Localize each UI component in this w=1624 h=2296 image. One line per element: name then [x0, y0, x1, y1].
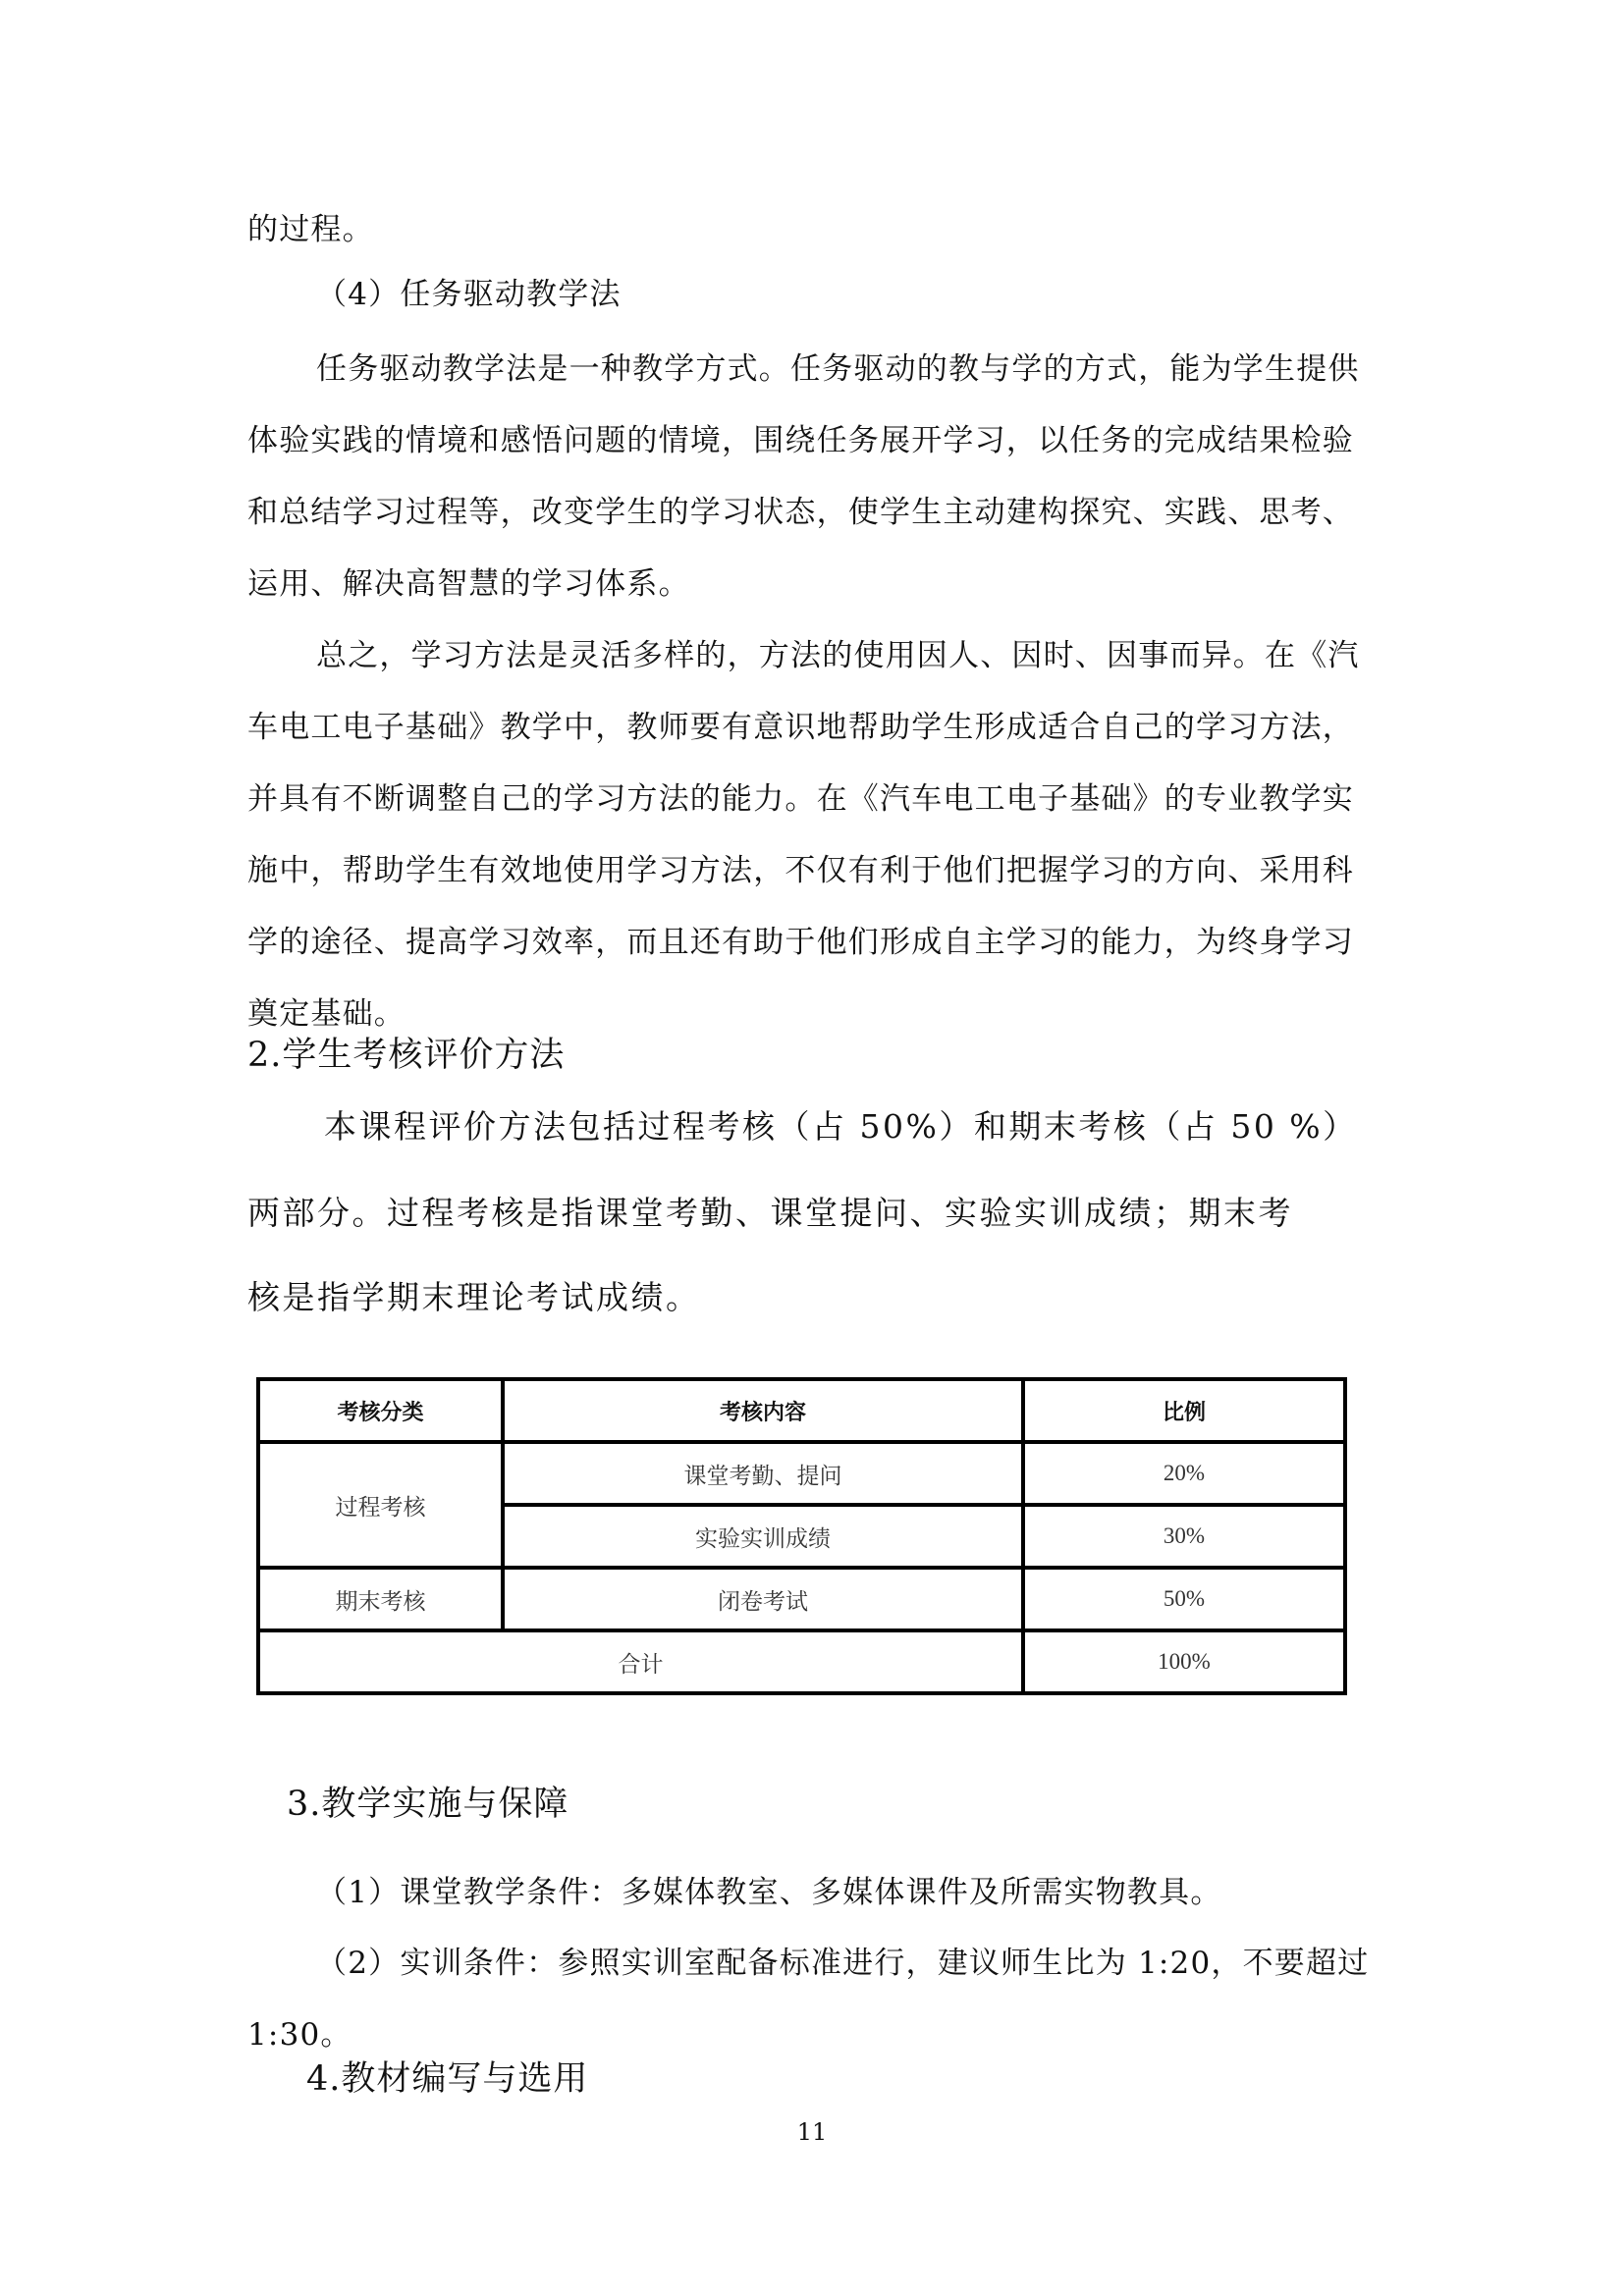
cell-ratio: 30%: [1023, 1505, 1345, 1568]
cell-category: 过程考核: [258, 1442, 503, 1568]
paragraph-line: 两部分。过程考核是指课堂考勤、课堂提问、实验实训成绩；期末考: [247, 1194, 1293, 1233]
table-header-row: 考核分类 考核内容 比例: [258, 1379, 1345, 1442]
paragraph-line: 本课程评价方法包括过程考核（占 50%）和期末考核（占 50 %）: [324, 1107, 1358, 1147]
cell-total-label: 合计: [258, 1630, 1023, 1693]
list-item: （1）课堂教学条件：多媒体教室、多媒体课件及所需实物教具。: [316, 1873, 1222, 1912]
table-row: 过程考核 课堂考勤、提问 20%: [258, 1442, 1345, 1505]
paragraph-line: 运用、解决高智慧的学习体系。: [247, 564, 690, 604]
paragraph-line: 总之，学习方法是灵活多样的，方法的使用因人、因时、因事而异。在《汽: [316, 636, 1360, 675]
cell-category: 期末考核: [258, 1568, 503, 1630]
paragraph-line: 车电工电子基础》教学中，教师要有意识地帮助学生形成适合自己的学习方法，: [247, 708, 1354, 747]
paragraph-line: 体验实践的情境和感悟问题的情境，围绕任务展开学习，以任务的完成结果检验: [247, 421, 1354, 460]
header-ratio: 比例: [1023, 1379, 1345, 1442]
table-total-row: 合计 100%: [258, 1630, 1345, 1693]
paragraph-line: 施中，帮助学生有效地使用学习方法，不仅有利于他们把握学习的方向、采用科: [247, 851, 1354, 890]
paragraph-line: 和总结学习过程等，改变学生的学习状态，使学生主动建构探究、实践、思考、: [247, 493, 1354, 532]
cell-content: 闭卷考试: [503, 1568, 1023, 1630]
table-row: 期末考核 闭卷考试 50%: [258, 1568, 1345, 1630]
cell-ratio: 50%: [1023, 1568, 1345, 1630]
section-heading-assessment: 2.学生考核评价方法: [247, 1036, 565, 1075]
list-item-continuation: 1:30。: [247, 2015, 352, 2055]
cell-total-ratio: 100%: [1023, 1630, 1345, 1693]
paragraph-line: 学的途径、提高学习效率，而且还有助于他们形成自主学习的能力，为终身学习: [247, 923, 1354, 962]
paragraph-line: 核是指学期末理论考试成绩。: [247, 1278, 701, 1317]
cell-ratio: 20%: [1023, 1442, 1345, 1505]
header-content: 考核内容: [503, 1379, 1023, 1442]
page-number: 11: [0, 2118, 1624, 2146]
cell-content: 课堂考勤、提问: [503, 1442, 1023, 1505]
list-item: （2）实训条件：参照实训室配备标准进行，建议师生比为 1:20，不要超过: [316, 1944, 1369, 1983]
paragraph-line: 任务驱动教学法是一种教学方式。任务驱动的教与学的方式，能为学生提供: [316, 349, 1360, 389]
assessment-table: 考核分类 考核内容 比例 过程考核 课堂考勤、提问 20% 实验实训成绩 30%…: [256, 1377, 1343, 1695]
section-heading-implementation: 3.教学实施与保障: [287, 1785, 568, 1824]
paragraph-line: 的过程。: [247, 210, 374, 249]
subheading-task-driven: （4）任务驱动教学法: [316, 275, 622, 314]
section-heading-textbooks: 4.教材编写与选用: [306, 2059, 588, 2099]
paragraph-line: 奠定基础。: [247, 994, 406, 1034]
paragraph-line: 并具有不断调整自己的学习方法的能力。在《汽车电工电子基础》的专业教学实: [247, 779, 1354, 819]
cell-content: 实验实训成绩: [503, 1505, 1023, 1568]
header-category: 考核分类: [258, 1379, 503, 1442]
